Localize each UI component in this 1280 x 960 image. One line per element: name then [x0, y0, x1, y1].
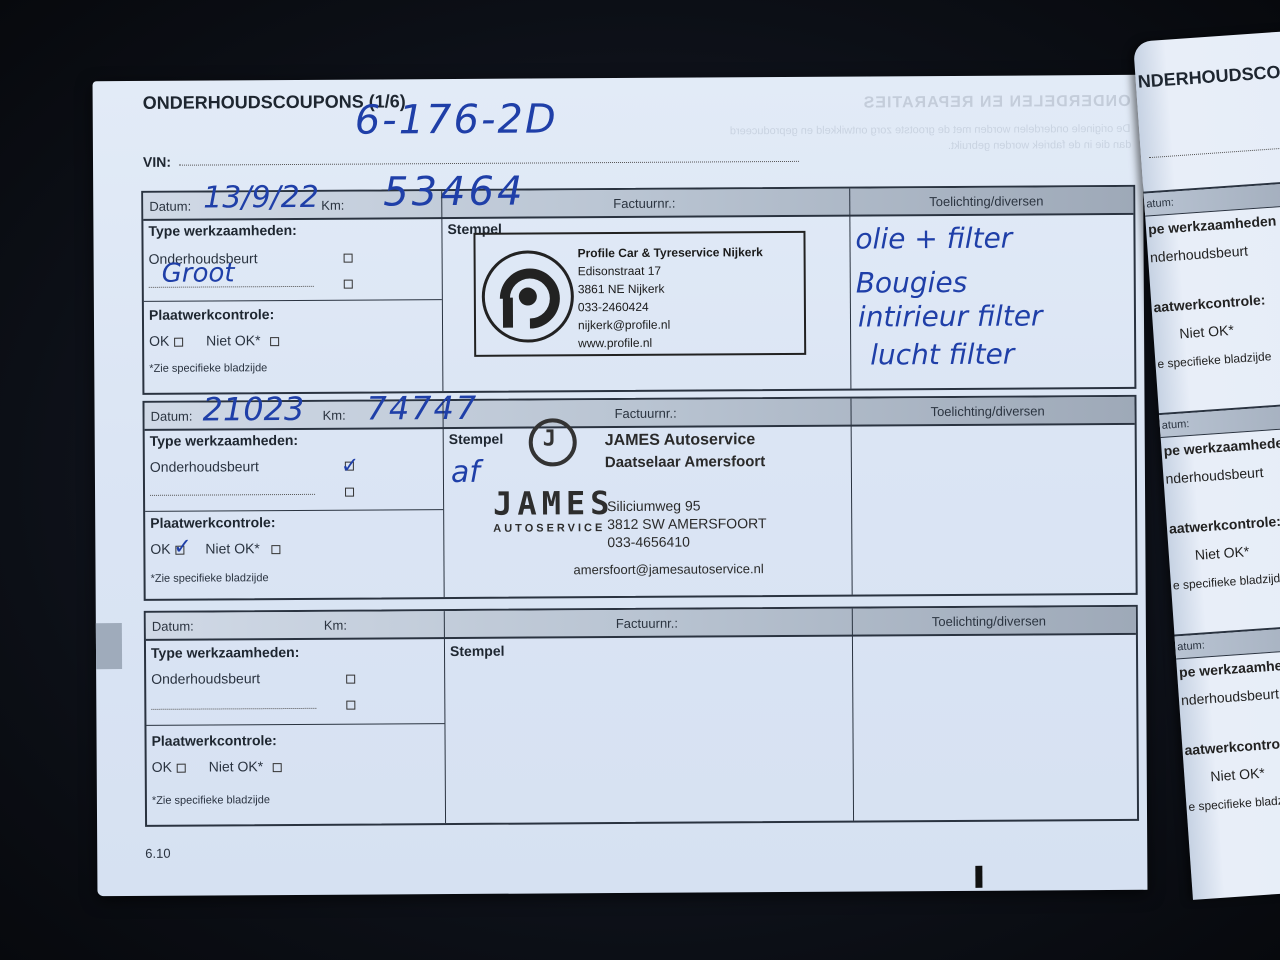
ok-label: OK [152, 759, 172, 775]
plaatwerkcontrole-label: aatwerkcontrole: [1168, 513, 1280, 537]
plaatwerkcontrole-label: aatwerkcontrole: [1153, 291, 1266, 315]
handwritten-plate: 6-176-2D [355, 96, 558, 143]
facing-coupon: atum: pe werkzaamheden nderhoudsbeurt aa… [1174, 623, 1280, 846]
checkmark-icon: ✓ [173, 535, 192, 560]
stempel-label: Stempel [449, 431, 504, 447]
type-werkzaamheden-label: pe werkzaamheden [1163, 434, 1280, 459]
onderhoudsbeurt-label: nderhoudsbeurt [1165, 464, 1264, 487]
stamp-line: 3861 NE Nijkerk [578, 279, 763, 298]
section-tab-marker [96, 623, 122, 669]
stamp-line: 3812 SW AMERSFOORT [607, 515, 766, 532]
profile-stamp: Profile Car & Tyreservice Nijkerk Edison… [473, 231, 806, 357]
km-label: Km: [321, 198, 344, 213]
column-divider [852, 609, 854, 821]
stempel-label: Stempel [450, 643, 505, 659]
stamp-line: 033-2460424 [578, 297, 763, 316]
stamp-line: Siliciumweg 95 [607, 498, 700, 515]
coupon-3: Datum: Km: Factuurnr.: Toelichting/diver… [144, 605, 1139, 827]
facing-coupon: atum: pe werkzaamheden nderhoudsbeurt aa… [1143, 180, 1280, 403]
handwritten-date[interactable]: 13/9/22 [203, 180, 319, 216]
james-logo-subtext: AUTOSERVICE [493, 522, 605, 535]
footnote: *Zie specifieke bladzijde [152, 794, 270, 807]
ok-checkbox[interactable] [174, 338, 183, 347]
niet-ok-label: Niet OK* [1194, 543, 1249, 563]
checkmark-icon: ✓ [341, 454, 360, 479]
onderhoudsbeurt-checkbox[interactable] [346, 675, 355, 684]
toelichting-label: Toelichting/diversen [929, 193, 1043, 209]
james-logo-text: JAMES [493, 484, 615, 523]
niet-ok-label: Niet OK* [1210, 765, 1265, 785]
datum-label: Datum: [152, 619, 194, 634]
factuurnr-label: Factuurnr.: [616, 616, 678, 631]
note-line: intirieur filter [858, 299, 1043, 333]
onderhoudsbeurt-checkbox[interactable] [344, 254, 353, 263]
coupon-1: Datum: Km: Factuurnr.: Toelichting/diver… [141, 185, 1136, 395]
niet-ok-checkbox[interactable] [273, 763, 282, 772]
datum-label: Datum: [149, 199, 191, 214]
coupon-2: Datum: Km: Factuurnr.: Toelichting/diver… [142, 395, 1137, 601]
datum-label: Datum: [151, 409, 193, 424]
stamp-line: 033-4656410 [607, 534, 690, 551]
type-werkzaamheden-label: pe werkzaamheden [1179, 655, 1280, 680]
footnote: e specifieke bladzijde [1157, 349, 1272, 371]
stamp-subtitle: Daatselaar Amersfoort [605, 453, 765, 471]
coupon-header: Datum: Km: Factuurnr.: Toelichting/diver… [146, 607, 1136, 641]
profile-stamp-text: Profile Car & Tyreservice Nijkerk Edison… [578, 243, 764, 352]
stamp-company-name: JAMES Autoservice [605, 431, 756, 450]
bleed-through-line: dan die in de fabriek worden gebruikt. [947, 139, 1131, 152]
facing-page-title: NDERHOUDSCO [1137, 62, 1280, 93]
footnote: *Zie specifieke bladzijde [149, 362, 267, 375]
type-werkzaamheden-label: pe werkzaamheden [1148, 212, 1277, 237]
onderhoudsbeurt-label: nderhoudsbeurt [1180, 685, 1279, 708]
note-line: olie + filter [855, 222, 1012, 256]
onderhoudsbeurt-label: Onderhoudsbeurt [150, 458, 259, 475]
extra-work-checkbox[interactable] [345, 488, 354, 497]
km-label: Km: [323, 408, 346, 423]
onderhoudsbeurt-label: Onderhoudsbeurt [151, 670, 260, 687]
datum-label: atum: [1175, 625, 1280, 659]
footnote: *Zie specifieke bladzijde [151, 572, 269, 585]
profile-logo-icon [482, 250, 575, 343]
type-werkzaamheden-label: Type werkzaamheden: [150, 432, 298, 449]
onderhoudsbeurt-label: nderhoudsbeurt [1150, 243, 1249, 266]
facing-page: NDERHOUDSCO atum: pe werkzaamheden nderh… [1133, 31, 1280, 900]
plaatwerkcontrole-label: Plaatwerkcontrole: [149, 306, 274, 323]
extra-work-checkbox[interactable] [344, 280, 353, 289]
niet-ok-checkbox[interactable] [271, 545, 280, 554]
note-line: Bougies [856, 266, 968, 300]
stamp-line: Edisonstraat 17 [578, 261, 763, 280]
bleed-through-heading: ONDERDELEN EN REPARATIES [863, 93, 1131, 113]
bleed-through-line: De originele onderdelen worden met de gr… [730, 123, 1131, 137]
plaatwerkcontrole-label: Plaatwerkcontrole: [152, 732, 277, 749]
facing-coupon: atum: pe werkzaamheden nderhoudsbeurt aa… [1159, 402, 1280, 625]
booklet-page: ONDERDELEN EN REPARATIES De originele on… [93, 75, 1148, 896]
stamp-email: amersfoort@jamesautoservice.nl [573, 561, 763, 577]
ok-label: OK [149, 333, 169, 349]
km-label: Km: [324, 618, 347, 633]
footnote: e specifieke bladzijde [1173, 571, 1280, 593]
stamp-line: www.profile.nl [578, 333, 763, 352]
vin-field [1149, 147, 1280, 158]
handwritten-km[interactable]: 53464 [383, 169, 526, 216]
column-divider [850, 399, 852, 595]
plaatwerkcontrole-label: Plaatwerkcontrole: [150, 514, 275, 531]
toelichting-label: Toelichting/diversen [932, 613, 1046, 629]
type-werkzaamheden-label: Type werkzaamheden: [151, 644, 299, 661]
page-number: 6.10 [145, 846, 170, 861]
handwritten-km[interactable]: 74747 [366, 389, 478, 428]
factuurnr-label: Factuurnr.: [613, 196, 675, 211]
stamp-company-name: Profile Car & Tyreservice Nijkerk [578, 243, 763, 262]
datum-label: atum: [1144, 182, 1280, 216]
handwritten-date[interactable]: 21023 [202, 390, 304, 429]
type-werkzaamheden-label: Type werkzaamheden: [148, 222, 296, 239]
column-divider [849, 189, 851, 389]
niet-ok-checkbox[interactable] [270, 337, 279, 346]
handwritten-type: Groot [162, 258, 235, 288]
toelichting-label: Toelichting/diversen [931, 403, 1045, 419]
handwritten-signature: af [451, 455, 480, 490]
niet-ok-label: Niet OK* [1179, 322, 1234, 342]
niet-ok-label: Niet OK* [206, 332, 261, 348]
ok-checkbox[interactable] [177, 764, 186, 773]
stamp-line: nijkerk@profile.nl [578, 315, 763, 334]
niet-ok-label: Niet OK* [205, 540, 260, 556]
plaatwerkcontrole-label: aatwerkcontrole: [1184, 734, 1280, 758]
niet-ok-label: Niet OK* [209, 758, 264, 774]
datum-label: atum: [1159, 404, 1280, 438]
factuurnr-label: Factuurnr.: [615, 406, 677, 421]
vin-label: VIN: [143, 154, 171, 170]
thumb-index-mark [975, 866, 982, 888]
ok-label: OK [150, 541, 170, 557]
vin-field[interactable] [179, 161, 799, 166]
james-logo-icon: J [521, 412, 573, 464]
footnote: e specifieke bladzijde [1188, 792, 1280, 814]
note-line: lucht filter [870, 338, 1014, 372]
extra-work-checkbox[interactable] [346, 701, 355, 710]
